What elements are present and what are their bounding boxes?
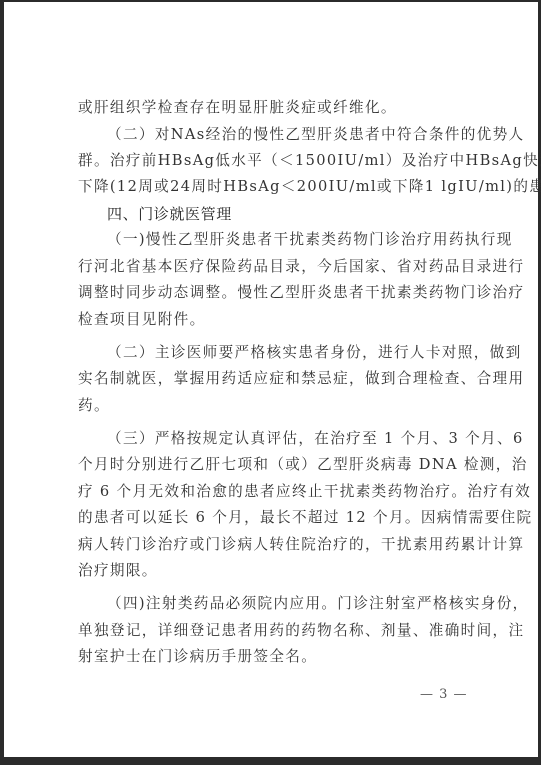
text-line: 的患者可以延长 6 个月，最长不超过 12 个月。因病情需要住院 xyxy=(78,509,532,527)
text-line: 单独登记，详细登记患者用药的药物名称、剂量、准确时间，注 xyxy=(78,622,524,640)
text-line: 药。 xyxy=(78,397,110,415)
text-line: 病人转门诊治疗或门诊病人转住院治疗的，干扰素用药累计计算 xyxy=(78,536,524,554)
text-line: 疗 6 个月无效和治愈的患者应终止干扰素类药物治疗。治疗有效 xyxy=(78,483,531,501)
text-line: 或肝组织学检查存在明显肝脏炎症或纤维化。 xyxy=(78,99,397,117)
text-line: （三）严格按规定认真评估，在治疗至 1 个月、3 个月、6 xyxy=(107,430,524,448)
text-line: （四)注射类药品必须院内应用。门诊注射室严格核实身份， xyxy=(107,595,529,613)
document-page: 或肝组织学检查存在明显肝脏炎症或纤维化。（二）对NAs经治的慢性乙型肝炎患者中符… xyxy=(4,2,538,757)
text-line: （二）主诊医师要严格核实患者身份，进行人卡对照，做到 xyxy=(107,344,522,362)
section-heading: 四、门诊就医管理 xyxy=(107,205,232,223)
text-line: 行河北省基本医疗保险药品目录，今后国家、省对药品目录进行 xyxy=(78,258,524,276)
text-line: 射室护士在门诊病历手册签全名。 xyxy=(78,648,317,666)
text-line: 调整时同步动态调整。慢性乙型肝炎患者干扰素类药物门诊治疗 xyxy=(78,284,524,302)
text-line: 个月时分别进行乙肝七项和（或）乙型肝炎病毒 DNA 检测，治 xyxy=(78,456,528,474)
text-line: （二）对NAs经治的慢性乙型肝炎患者中符合条件的优势人 xyxy=(107,126,525,144)
text-line: （一)慢性乙型肝炎患者干扰素类药物门诊治疗用药执行现 xyxy=(107,231,513,249)
text-line: 治疗期限。 xyxy=(78,562,158,580)
text-line: 实名制就医，掌握用药适应症和禁忌症，做到合理检查、合理用 xyxy=(78,370,524,388)
text-line: 下降(12周或24周时HBsAg＜200IU/ml或下降1 lgIU/ml)的患… xyxy=(78,178,541,196)
text-line: 检查项目见附件。 xyxy=(78,311,206,329)
text-line: 群。治疗前HBsAg低水平（＜1500IU/ml）及治疗中HBsAg快速 xyxy=(78,152,541,170)
page-number: — 3 — xyxy=(420,687,468,702)
